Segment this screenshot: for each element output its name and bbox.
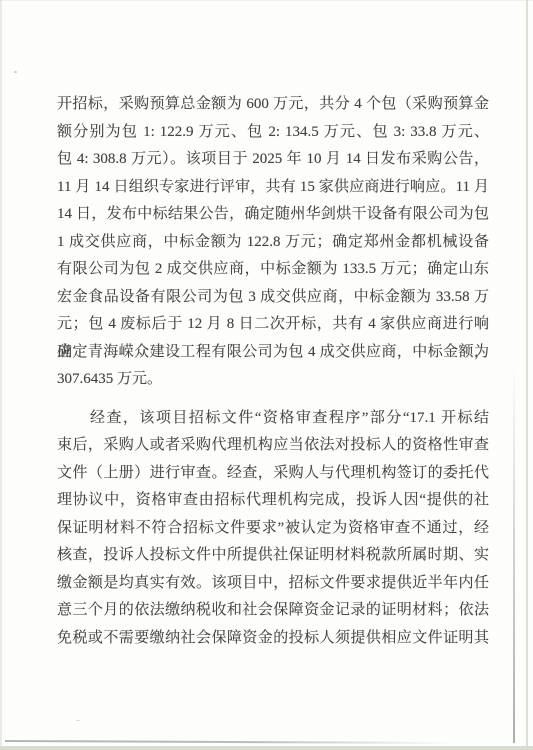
- text-line: 束后，采购人或者采购代理机构应当依法对投标人的资格性审查: [57, 432, 489, 460]
- text-line: 确定青海嵘众建设工程有限公司为包 4 成交供应商，中标金额为: [57, 339, 489, 367]
- document-text: 开招标，采购预算总金额为 600 万元，共分 4 个包（采购预算金额分别为包 1…: [57, 91, 489, 652]
- paragraph-1: 开招标，采购预算总金额为 600 万元，共分 4 个包（采购预算金额分别为包 1…: [57, 91, 489, 394]
- text-line: 经查，该项目招标文件“资格审查程序”部分“17.1 开标结: [57, 405, 489, 433]
- text-line: 宏金食品设备有限公司为包 3 成交供应商，中标金额为 33.58 万: [57, 284, 489, 312]
- text-line: 307.6435 万元。: [57, 366, 489, 394]
- text-line: 11 月 14 日组织专家进行评审，共有 15 家供应商进行响应。11 月: [57, 174, 489, 202]
- scanner-background-strip: [0, 746, 533, 750]
- text-line: 14 日，发布中标结果公告，确定随州华剑烘干设备有限公司为包: [57, 201, 489, 229]
- text-line: 包 4: 308.8 万元）。该项目于 2025 年 10 月 14 日发布采购…: [57, 146, 489, 174]
- page-top-edge: [0, 0, 533, 1]
- text-line: 文件（上册）进行审查。经查，采购人与代理机构签订的委托代: [57, 460, 489, 488]
- page-edge-shadow-bottom: [5, 740, 451, 744]
- text-line: 缴金额是均真实有效。该项目中，招标文件要求提供近半年内任: [57, 570, 489, 598]
- text-line: 意三个月的依法缴纳税收和社会保障资金记录的证明材料；依法: [57, 597, 489, 625]
- text-line: 元；包 4 废标后于 12 月 8 日二次开标，共有 4 家供应商进行响应，: [57, 311, 489, 339]
- document-page: 开招标，采购预算总金额为 600 万元，共分 4 个包（采购预算金额分别为包 1…: [0, 0, 533, 750]
- text-line: 核查，投诉人投标文件中所提供社保证明材料税款所属时期、实: [57, 542, 489, 570]
- text-line: 免税或不需要缴纳社会保障资金的投标人须提供相应文件证明其: [57, 625, 489, 653]
- page-edge-shadow-right: [513, 360, 515, 743]
- scan-speck: [14, 71, 17, 73]
- text-line: 保证明材料不符合招标文件要求”被认定为资格审查不通过，经: [57, 515, 489, 543]
- text-line: 1 成交供应商，中标金额为 122.8 万元；确定郑州金都机械设备: [57, 229, 489, 257]
- text-line: 额分别为包 1: 122.9 万元、包 2: 134.5 万元、包 3: 33.…: [57, 119, 489, 147]
- scan-speck: [76, 720, 80, 721]
- page-left-edge: [0, 0, 2, 750]
- page-right-edge: [526, 0, 528, 750]
- text-line: 理协议中，资格审查由招标代理机构完成，投诉人因“提供的社: [57, 487, 489, 515]
- text-line: 有限公司为包 2 成交供应商，中标金额为 133.5 万元；确定山东: [57, 256, 489, 284]
- text-line: 开招标，采购预算总金额为 600 万元，共分 4 个包（采购预算金: [57, 91, 489, 119]
- paragraph-2: 经查，该项目招标文件“资格审查程序”部分“17.1 开标结束后，采购人或者采购代…: [57, 405, 489, 653]
